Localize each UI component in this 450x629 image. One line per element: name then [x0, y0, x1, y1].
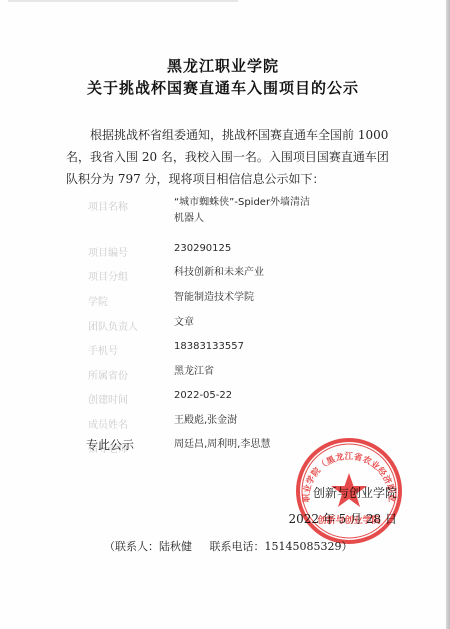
info-value: 智能制造技术学院	[174, 290, 334, 306]
document-title-subject: 关于挑战杯国赛直通车入围项目的公示	[0, 77, 446, 98]
info-value: 王殿彪,张金澍	[174, 413, 334, 429]
intro-line: 名，我省入围 20 名，我校入围一名。入围项目国赛直通车团	[66, 146, 382, 168]
info-value-line: “城市蜘蛛侠”-Spider外墙清洁	[174, 195, 334, 211]
official-seal-stamp-icon: 黑龙江职业学院（黑龙江省农业经济职业学院） 创新与创业学院	[295, 437, 403, 545]
document-page: 黑龙江职业学院 关于挑战杯国赛直通车入围项目的公示 根据挑战杯省组委通知，挑战杯…	[0, 0, 446, 629]
info-label: 项目名称	[88, 198, 158, 213]
scan-top-shadow	[8, 0, 238, 2]
info-label: 创建时间	[88, 391, 158, 406]
info-value: 230290125	[174, 241, 334, 257]
info-label: 成员姓名	[88, 416, 158, 431]
info-value: 黑龙江省	[174, 364, 334, 380]
info-label: 项目编号	[88, 244, 158, 259]
intro-line: 队积分为 797 分，现将项目相信信息公示如下：	[66, 168, 382, 190]
info-label: 手机号	[88, 342, 158, 357]
info-value: 科技创新和未来产业	[174, 265, 334, 281]
info-label: 所属省份	[88, 367, 158, 382]
info-value: 2022-05-22	[174, 388, 334, 404]
info-value-line: 机器人	[174, 211, 334, 227]
closing-statement: 专此公示	[86, 436, 134, 453]
info-value: 文章	[174, 315, 334, 331]
info-label: 项目分组	[88, 268, 158, 283]
intro-line: 根据挑战杯省组委通知，挑战杯国赛直通车全国前 1000	[66, 124, 382, 146]
stamp-star-icon	[331, 473, 367, 507]
intro-paragraph: 根据挑战杯省组委通知，挑战杯国赛直通车全国前 1000 名，我省入围 20 名，…	[66, 124, 382, 190]
info-label: 团队负责人	[88, 318, 158, 333]
scan-page-edge	[446, 0, 450, 629]
info-value: “城市蜘蛛侠”-Spider外墙清洁 机器人	[174, 195, 334, 227]
info-value: 18383133557	[174, 339, 334, 355]
info-label: 学院	[88, 293, 158, 308]
document-title-institution: 黑龙江职业学院	[0, 55, 446, 76]
stamp-inner-text: 创新与创业学院	[316, 514, 381, 526]
